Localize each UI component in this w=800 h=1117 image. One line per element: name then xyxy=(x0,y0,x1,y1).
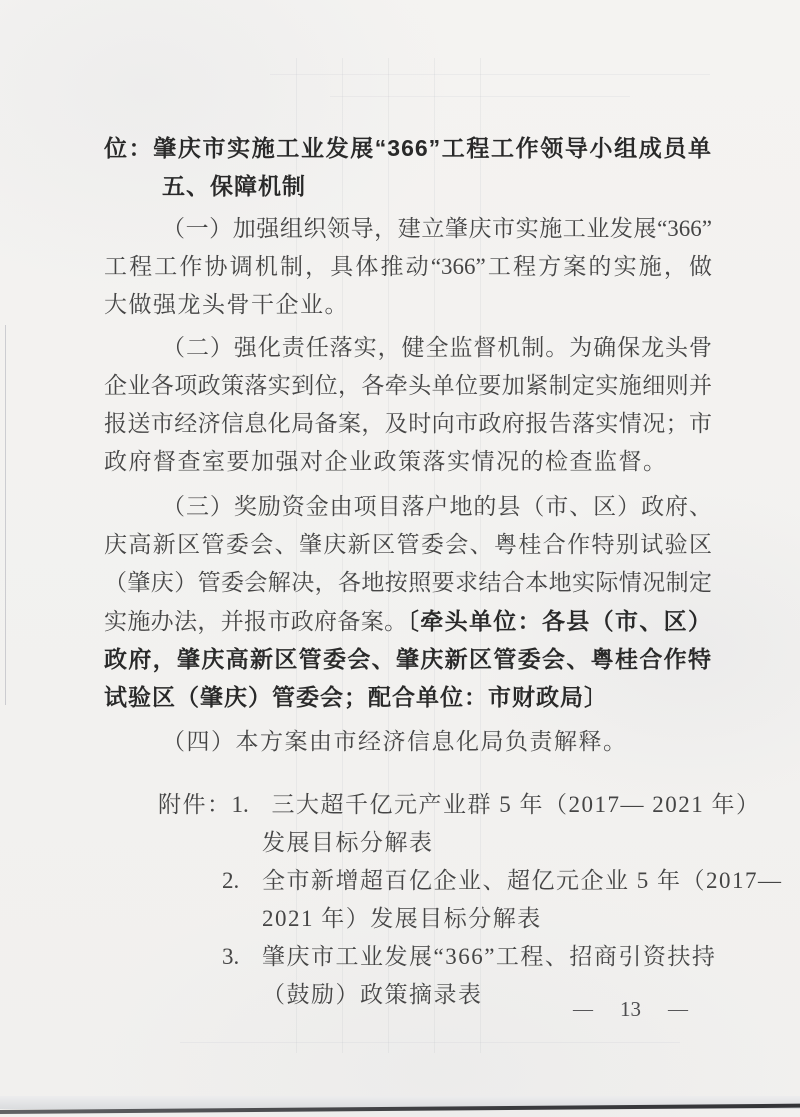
attachment-number: 1. xyxy=(232,786,272,824)
scanned-document-page: 位：肇庆市实施工业发展“366”工程工作领导小组成员单位） 五、保障机制 （一）… xyxy=(0,0,800,1117)
attachment-title: 三大超千亿元产业群 5 年（2017— 2021 年） xyxy=(272,792,761,817)
text-line: 工程工作协调机制，具体推动“366”工程方案的实施，做 xyxy=(104,248,712,286)
page-number: — 13 — xyxy=(573,997,688,1022)
scan-bleed-line xyxy=(270,74,710,75)
text-line: （肇庆）管委会解决，各地按照要求结合本地实际情况制定 xyxy=(104,564,712,602)
scan-bleed-line xyxy=(330,96,630,97)
text-line: 政府，肇庆高新区管委会、肇庆新区管委会、粤桂合作特别 xyxy=(104,640,712,678)
text-line: （一）加强组织领导，建立肇庆市实施工业发展“366” xyxy=(104,210,712,248)
section-heading: 五、保障机制 xyxy=(104,167,712,205)
text-line: 企业各项政策落实到位，各牵头单位要加紧制定实施细则并 xyxy=(104,367,712,405)
text-line: 试验区（肇庆）管委会；配合单位：市财政局〕 xyxy=(104,678,712,716)
attachment-item: 2.全市新增超百亿企业、超亿元企业 5 年（2017— xyxy=(104,862,712,900)
text-line: 大做强龙头骨干企业。 xyxy=(104,286,712,324)
text-line: 政府督查室要加强对企业政策落实情况的检查监督。 xyxy=(104,443,712,481)
attachment-item: 附件：1.三大超千亿元产业群 5 年（2017— 2021 年） xyxy=(104,786,712,824)
attachment-item: 3.肇庆市工业发展“366”工程、招商引资扶持 xyxy=(104,938,712,976)
attachment-number: 3. xyxy=(222,938,262,976)
text-segment: 实施办法，并报市政府备案。 xyxy=(104,609,407,634)
attachment-title: 全市新增超百亿企业、超亿元企业 5 年（2017— xyxy=(262,868,783,893)
body-text: 位：肇庆市实施工业发展“366”工程工作领导小组成员单位） 五、保障机制 （一）… xyxy=(104,129,712,1014)
attachment-title-continued: 2021 年）发展目标分解表 xyxy=(104,900,712,938)
text-segment-bold: 〔牵头单位：各县（市、区） xyxy=(407,608,712,634)
page-number-dash: — xyxy=(668,998,688,1021)
attachment-number: 2. xyxy=(222,862,262,900)
text-line: 庆高新区管委会、肇庆新区管委会、粤桂合作特别试验区 xyxy=(104,526,712,564)
text-line: 实施办法，并报市政府备案。〔牵头单位：各县（市、区） xyxy=(104,602,712,640)
text-line: 位：肇庆市实施工业发展“366”工程工作领导小组成员单位） xyxy=(104,129,712,167)
text-line: （二）强化责任落实，健全监督机制。为确保龙头骨干 xyxy=(104,329,712,367)
text-line: 报送市经济信息化局备案，及时向市政府报告落实情况；市 xyxy=(104,405,712,443)
scan-edge-artifact xyxy=(5,325,6,705)
text-line: （三）奖励资金由项目落户地的县（市、区）政府、肇 xyxy=(104,488,712,526)
page-number-dash: — xyxy=(573,998,593,1021)
scan-bleed-line xyxy=(180,1042,680,1043)
attachment-title-continued: 发展目标分解表 xyxy=(104,824,712,862)
page-number-value: 13 xyxy=(620,997,641,1022)
text-line: （四）本方案由市经济信息化局负责解释。 xyxy=(104,723,712,761)
attachment-title: 肇庆市工业发展“366”工程、招商引资扶持 xyxy=(262,944,716,969)
attachments-label: 附件： xyxy=(158,792,232,817)
